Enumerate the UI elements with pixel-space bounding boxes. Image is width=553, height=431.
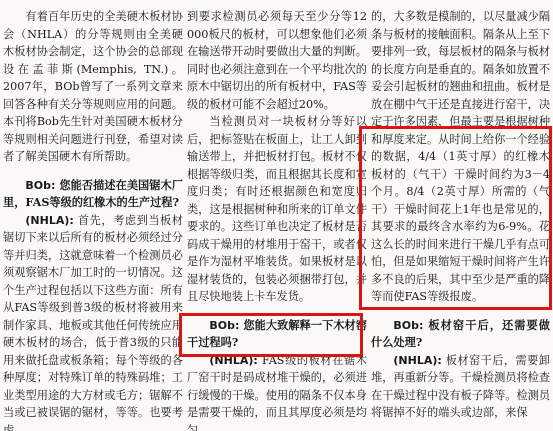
text-column-3: 的，大多数是模制的，以尽量减少隔条与板材的接触面积。隔条从上至下要排列一致，每层…: [371, 8, 550, 422]
answer-kiln-drying: (NHLA): FAS级的板材在锯木厂窑干时是码成材堆干燥的，必须进行缓慢的干燥…: [187, 352, 367, 431]
answer-fas-production: (NHLA): 首先，考虑到当板材锯切下来以后所有的板材必须经过分等并归类，这就…: [3, 212, 183, 431]
speaker-label-bob: BOb:: [209, 319, 239, 332]
stickers-drying-paragraph: 的，大多数是模制的，以尽量减少隔条与板材的接触面积。隔条从上至下要排列一致，每层…: [371, 8, 550, 306]
question-kiln-drying: BOb: 您能大致解释一下木材窑干过程吗?: [187, 317, 367, 352]
question-after-kiln: BOb: 板材窑干后，还需要做什么处理?: [371, 317, 550, 352]
intro-paragraph: 有着百年历史的全美硬木板材协会（NHLA）的分等规则由全美硬木板材协会制定，这个…: [3, 8, 183, 166]
speaker-label-bob: BOb:: [25, 179, 55, 192]
answer-after-kiln: (NHLA): 板材窑干后，需要卸堆，再重新分等。干燥检测员将检查在干燥过程中没…: [371, 352, 550, 422]
question-fas-production: BOb: 您能否描述在美国锯木厂里，FAS等级的红橡木的生产过程?: [3, 177, 183, 212]
continuation-paragraph: 到要求检测员必须每天至少分等12 000板尺的板材，可以想象他们必须在输送带开动…: [187, 8, 367, 113]
speaker-label-bob: BOb:: [393, 319, 423, 332]
magazine-page: 有着百年历史的全美硬木板材协会（NHLA）的分等规则由全美硬木板材协会制定，这个…: [0, 0, 553, 431]
text-column-1: 有着百年历史的全美硬木板材协会（NHLA）的分等规则由全美硬木板材协会制定，这个…: [3, 8, 183, 431]
answer-text: 首先，考虑到当板材锯切下来以后所有的板材必须经过分等并归类，这就意味着一个检测员…: [3, 214, 183, 431]
speaker-label-nhla: (NHLA):: [393, 354, 441, 367]
speaker-label-nhla: (NHLA):: [209, 354, 257, 367]
speaker-label-nhla: (NHLA):: [25, 214, 73, 227]
grading-packing-paragraph: 当检测员对一块板材分等好以后，把标签贴在板面上，让工人卸到输送带上，并把板材打包…: [187, 113, 367, 306]
text-column-2: 到要求检测员必须每天至少分等12 000板尺的板材，可以想象他们必须在输送带开动…: [187, 8, 367, 431]
